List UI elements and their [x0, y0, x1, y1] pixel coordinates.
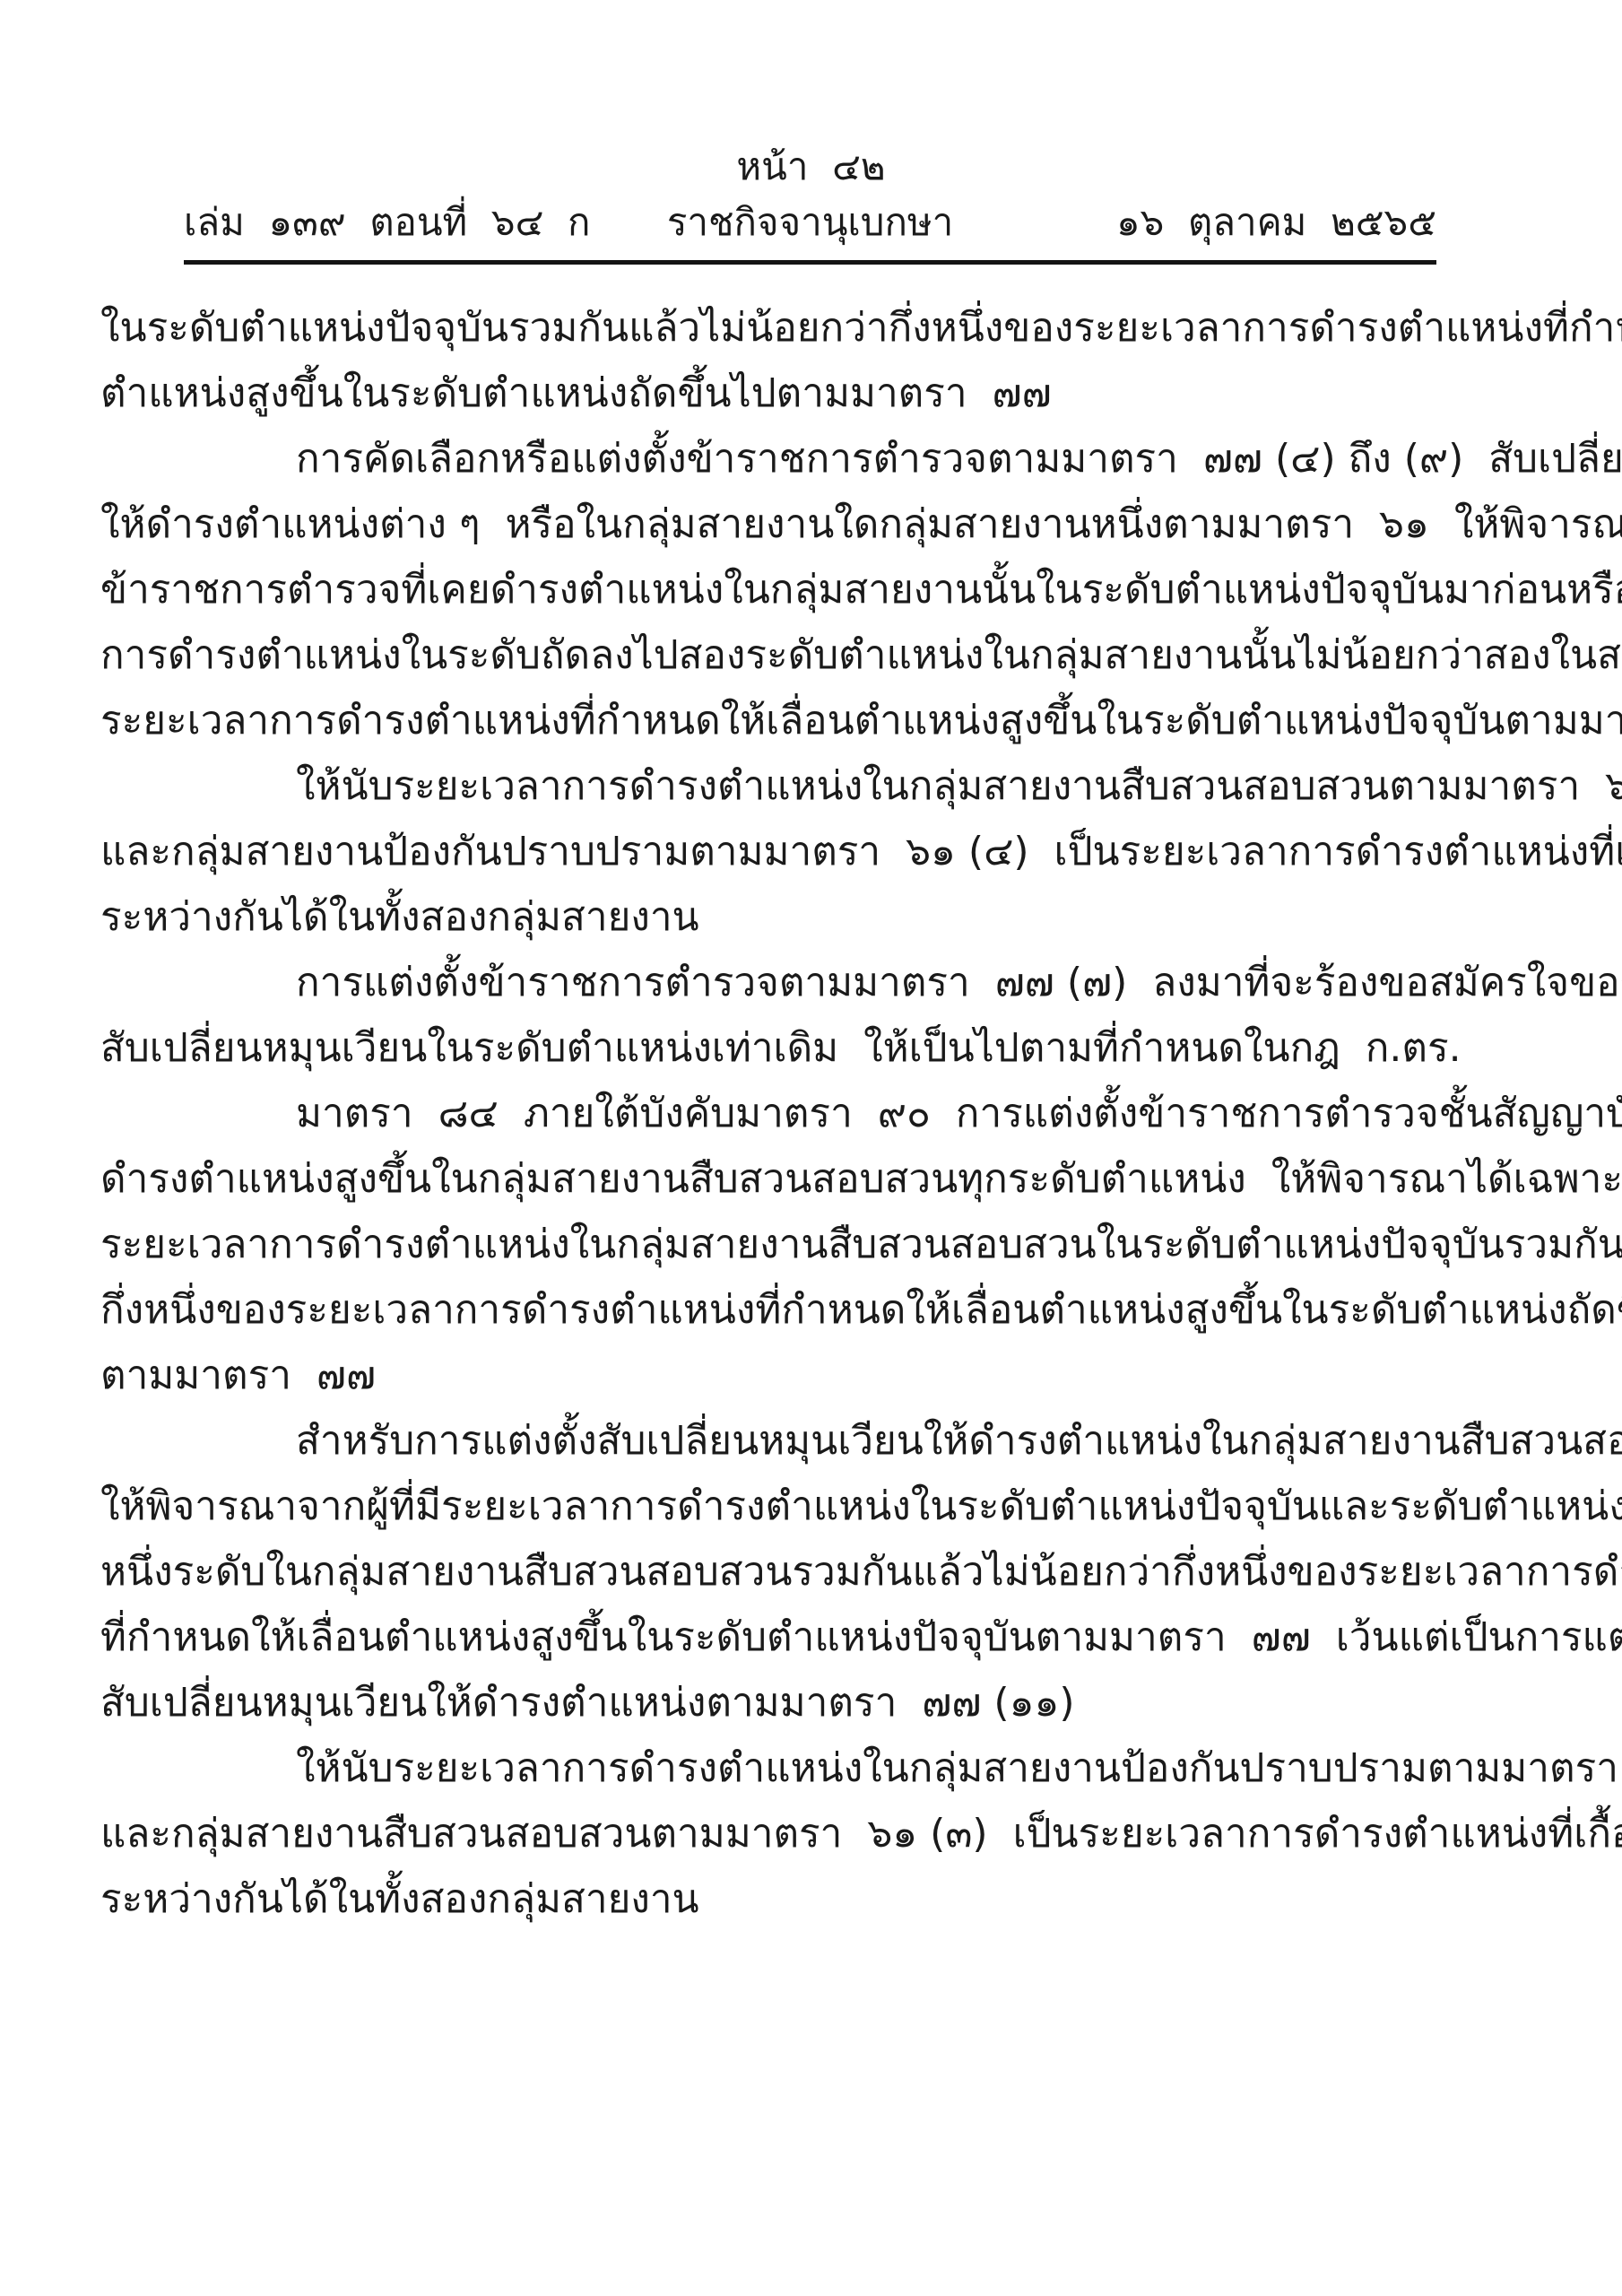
- text-line: สับเปลี่ยนหมุนเวียนให้ดำรงตำแหน่งตามมาตร…: [100, 1670, 1488, 1735]
- text-line: ตำแหน่งสูงขึ้นในระดับตำแหน่งถัดขึ้นไปตาม…: [100, 361, 1488, 426]
- text-line: การดำรงตำแหน่งในระดับถัดลงไปสองระดับตำแห…: [100, 622, 1488, 688]
- paragraph: ให้นับระยะเวลาการดำรงตำแหน่งในกลุ่มสายงา…: [100, 1735, 1488, 1932]
- text-line: ให้นับระยะเวลาการดำรงตำแหน่งในกลุ่มสายงา…: [100, 1735, 1488, 1801]
- paragraph: การคัดเลือกหรือแต่งตั้งข้าราชการตำรวจตาม…: [100, 426, 1488, 753]
- text-line: ระยะเวลาการดำรงตำแหน่งในกลุ่มสายงานสืบสว…: [100, 1212, 1488, 1277]
- text-line: การแต่งตั้งข้าราชการตำรวจตามมาตรา ๗๗ (๗)…: [100, 950, 1488, 1015]
- page-number: หน้า ๔๒: [0, 142, 1622, 192]
- text-line: ให้นับระยะเวลาการดำรงตำแหน่งในกลุ่มสายงา…: [100, 753, 1488, 819]
- text-line: ตามมาตรา ๗๗: [100, 1343, 1488, 1408]
- text-line: หนึ่งระดับในกลุ่มสายงานสืบสวนสอบสวนรวมกั…: [100, 1539, 1488, 1605]
- gazette-title: ราชกิจจานุเบกษา: [667, 197, 953, 248]
- text-line: ระหว่างกันได้ในทั้งสองกลุ่มสายงาน: [100, 884, 1488, 950]
- volume-issue-label: เล่ม ๑๓๙ ตอนที่ ๖๔ ก: [184, 197, 591, 248]
- text-line: ที่กำหนดให้เลื่อนตำแหน่งสูงขึ้นในระดับตำ…: [100, 1605, 1488, 1670]
- text-line: และกลุ่มสายงานป้องกันปราบปรามตามมาตรา ๖๑…: [100, 819, 1488, 884]
- paragraph: ในระดับตำแหน่งปัจจุบันรวมกันแล้วไม่น้อยก…: [100, 295, 1488, 426]
- header-row: เล่ม ๑๓๙ ตอนที่ ๖๔ ก ราชกิจจานุเบกษา ๑๖ …: [184, 197, 1436, 248]
- text-line: ข้าราชการตำรวจที่เคยดำรงตำแหน่งในกลุ่มสา…: [100, 557, 1488, 622]
- text-line: ดำรงตำแหน่งสูงขึ้นในกลุ่มสายงานสืบสวนสอบ…: [100, 1146, 1488, 1212]
- page-header: หน้า ๔๒ เล่ม ๑๓๙ ตอนที่ ๖๔ ก ราชกิจจานุเ…: [0, 0, 1622, 265]
- text-line: สับเปลี่ยนหมุนเวียนในระดับตำแหน่งเท่าเดิ…: [100, 1015, 1488, 1081]
- text-line: ให้ดำรงตำแหน่งต่าง ๆ หรือในกลุ่มสายงานใด…: [100, 491, 1488, 557]
- text-line: การคัดเลือกหรือแต่งตั้งข้าราชการตำรวจตาม…: [100, 426, 1488, 491]
- paragraph: สำหรับการแต่งตั้งสับเปลี่ยนหมุนเวียนให้ด…: [100, 1408, 1488, 1735]
- text-line: ในระดับตำแหน่งปัจจุบันรวมกันแล้วไม่น้อยก…: [100, 295, 1488, 361]
- paragraph: ให้นับระยะเวลาการดำรงตำแหน่งในกลุ่มสายงา…: [100, 753, 1488, 950]
- publish-date: ๑๖ ตุลาคม ๒๕๖๕: [1116, 197, 1436, 248]
- gazette-page: หน้า ๔๒ เล่ม ๑๓๙ ตอนที่ ๖๔ ก ราชกิจจานุเ…: [0, 0, 1622, 2296]
- text-line: ระยะเวลาการดำรงตำแหน่งที่กำหนดให้เลื่อนต…: [100, 688, 1488, 753]
- text-line: และกลุ่มสายงานสืบสวนสอบสวนตามมาตรา ๖๑ (๓…: [100, 1801, 1488, 1866]
- document-body: ในระดับตำแหน่งปัจจุบันรวมกันแล้วไม่น้อยก…: [100, 265, 1488, 1932]
- text-line: ระหว่างกันได้ในทั้งสองกลุ่มสายงาน: [100, 1866, 1488, 1932]
- text-line: สำหรับการแต่งตั้งสับเปลี่ยนหมุนเวียนให้ด…: [100, 1408, 1488, 1474]
- paragraph: มาตรา ๘๔ ภายใต้บังคับมาตรา ๙๐ การแต่งตั้…: [100, 1081, 1488, 1408]
- text-line: มาตรา ๘๔ ภายใต้บังคับมาตรา ๙๐ การแต่งตั้…: [100, 1081, 1488, 1146]
- text-line: ให้พิจารณาจากผู้ที่มีระยะเวลาการดำรงตำแห…: [100, 1474, 1488, 1539]
- paragraph: การแต่งตั้งข้าราชการตำรวจตามมาตรา ๗๗ (๗)…: [100, 950, 1488, 1081]
- text-line: กึ่งหนึ่งของระยะเวลาการดำรงตำแหน่งที่กำห…: [100, 1277, 1488, 1343]
